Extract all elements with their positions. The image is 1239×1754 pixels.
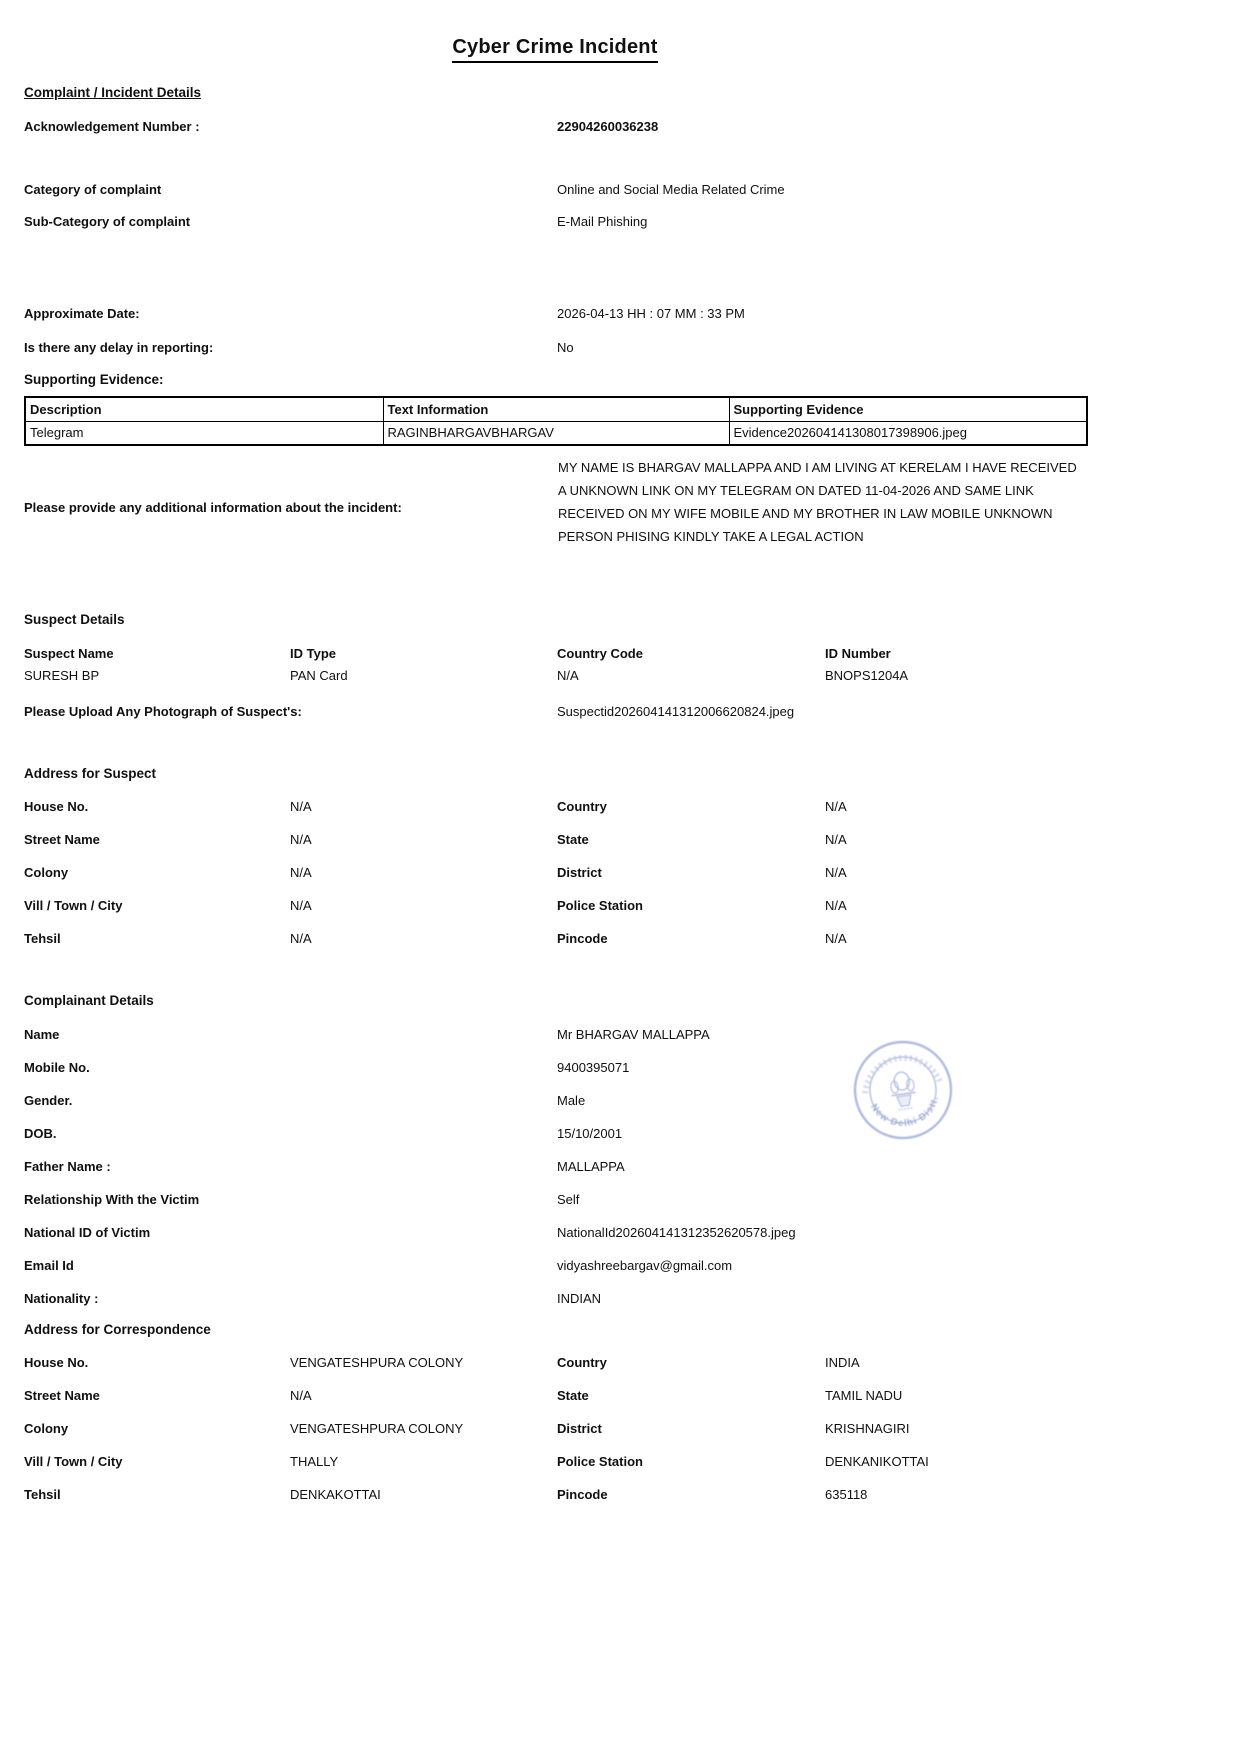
field-label: Street Name	[24, 1387, 100, 1404]
column-header-text-information: Text Information	[383, 397, 729, 421]
suspect-id-number-label: ID Number	[825, 645, 891, 662]
field-value: N/A	[290, 798, 312, 815]
field-value: INDIAN	[557, 1290, 601, 1307]
field-label: Vill / Town / City	[24, 1453, 122, 1470]
complainant-row: Name Mr BHARGAV MALLAPPA	[24, 1026, 1086, 1043]
field-label: Street Name	[24, 831, 100, 848]
subcategory-row: Sub-Category of complaint E-Mail Phishin…	[24, 213, 1086, 230]
complainant-row: Mobile No. 9400395071	[24, 1059, 1086, 1076]
section-heading-address-for-correspondence: Address for Correspondence	[24, 1321, 1086, 1338]
evidence-header-row: Description Text Information Supporting …	[25, 397, 1087, 421]
suspect-address-row: Vill / Town / City N/A Police Station N/…	[24, 897, 1086, 914]
acknowledgement-row: Acknowledgement Number : 22904260036238	[24, 118, 1086, 135]
field-label: Colony	[24, 1420, 68, 1437]
suspect-header-row: Suspect Name ID Type Country Code ID Num…	[24, 645, 1086, 662]
additional-information-label: Please provide any additional informatio…	[24, 500, 402, 515]
correspondence-address-row: Street Name N/A State TAMIL NADU	[24, 1387, 1086, 1404]
suspect-photo-row: Please Upload Any Photograph of Suspect'…	[24, 703, 1086, 720]
additional-information-value: MY NAME IS BHARGAV MALLAPPA AND I AM LIV…	[558, 456, 1082, 548]
field-value: Self	[557, 1191, 579, 1208]
field-value: N/A	[825, 864, 847, 881]
field-value: 9400395071	[557, 1059, 629, 1076]
suspect-id-number-value: BNOPS1204A	[825, 667, 908, 684]
field-value: INDIA	[825, 1354, 860, 1371]
column-header-supporting-evidence: Supporting Evidence	[729, 397, 1087, 421]
delay-reporting-row: Is there any delay in reporting: No	[24, 339, 1086, 356]
field-label: DOB.	[24, 1125, 57, 1142]
correspondence-address-row: House No. VENGATESHPURA COLONY Country I…	[24, 1354, 1086, 1371]
category-label: Category of complaint	[24, 181, 161, 198]
field-label: Tehsil	[24, 1486, 61, 1503]
field-value: N/A	[290, 930, 312, 947]
column-header-description: Description	[25, 397, 383, 421]
evidence-file-cell: Evidence202604141308017398906.jpeg	[729, 421, 1087, 445]
section-heading-suspect-details: Suspect Details	[24, 611, 1086, 628]
field-value: N/A	[825, 798, 847, 815]
field-value: MALLAPPA	[557, 1158, 625, 1175]
field-label: Tehsil	[24, 930, 61, 947]
field-label: House No.	[24, 1354, 88, 1371]
field-value: N/A	[825, 930, 847, 947]
suspect-country-code-value: N/A	[557, 667, 579, 684]
suspect-address-row: Tehsil N/A Pincode N/A	[24, 930, 1086, 947]
field-label: District	[557, 864, 602, 881]
field-value: 635118	[825, 1486, 867, 1503]
field-value: VENGATESHPURA COLONY	[290, 1420, 463, 1437]
approximate-date-value: 2026-04-13 HH : 07 MM : 33 PM	[557, 305, 745, 322]
supporting-evidence-table: Description Text Information Supporting …	[24, 396, 1088, 446]
delay-reporting-value: No	[557, 339, 574, 356]
field-label: Nationality :	[24, 1290, 98, 1307]
category-value: Online and Social Media Related Crime	[557, 181, 785, 198]
field-value: N/A	[290, 864, 312, 881]
field-label: House No.	[24, 798, 88, 815]
complainant-row: Email Id vidyashreebargav@gmail.com	[24, 1257, 1086, 1274]
suspect-country-code-label: Country Code	[557, 645, 643, 662]
field-value: KRISHNAGIRI	[825, 1420, 910, 1437]
approximate-date-label: Approximate Date:	[24, 305, 140, 322]
acknowledgement-label: Acknowledgement Number :	[24, 118, 200, 135]
correspondence-address-row: Tehsil DENKAKOTTAI Pincode 635118	[24, 1486, 1086, 1503]
field-label: Pincode	[557, 1486, 608, 1503]
field-label: National ID of Victim	[24, 1224, 150, 1241]
page-title: Cyber Crime Incident	[452, 36, 657, 63]
complainant-row: National ID of Victim NationalId20260414…	[24, 1224, 1086, 1241]
complainant-row: Relationship With the Victim Self	[24, 1191, 1086, 1208]
field-label: Police Station	[557, 897, 643, 914]
field-value: N/A	[825, 897, 847, 914]
field-value: vidyashreebargav@gmail.com	[557, 1257, 732, 1274]
suspect-address-row: Street Name N/A State N/A	[24, 831, 1086, 848]
field-label: Gender.	[24, 1092, 72, 1109]
acknowledgement-value: 22904260036238	[557, 118, 658, 135]
field-label: Country	[557, 1354, 607, 1371]
field-value: N/A	[290, 831, 312, 848]
field-value: DENKAKOTTAI	[290, 1486, 381, 1503]
section-heading-address-for-suspect: Address for Suspect	[24, 765, 1086, 782]
field-label: Email Id	[24, 1257, 74, 1274]
suspect-id-type-value: PAN Card	[290, 667, 348, 684]
title-wrap: Cyber Crime Incident	[24, 36, 1086, 62]
field-value: Mr BHARGAV MALLAPPA	[557, 1026, 710, 1043]
section-heading-supporting-evidence: Supporting Evidence:	[24, 371, 1086, 388]
field-value: THALLY	[290, 1453, 338, 1470]
evidence-text-information-cell: RAGINBHARGAVBHARGAV	[383, 421, 729, 445]
complainant-row: DOB. 15/10/2001	[24, 1125, 1086, 1142]
subcategory-label: Sub-Category of complaint	[24, 213, 190, 230]
approximate-date-row: Approximate Date: 2026-04-13 HH : 07 MM …	[24, 305, 1086, 322]
additional-information-row: Please provide any additional informatio…	[24, 456, 1086, 571]
field-value: TAMIL NADU	[825, 1387, 902, 1404]
complainant-row: Gender. Male	[24, 1092, 1086, 1109]
field-value: NationalId202604141312352620578.jpeg	[557, 1224, 796, 1241]
correspondence-address-row: Colony VENGATESHPURA COLONY District KRI…	[24, 1420, 1086, 1437]
suspect-id-type-label: ID Type	[290, 645, 336, 662]
correspondence-address-row: Vill / Town / City THALLY Police Station…	[24, 1453, 1086, 1470]
suspect-photo-label: Please Upload Any Photograph of Suspect'…	[24, 703, 302, 720]
field-value: 15/10/2001	[557, 1125, 622, 1142]
evidence-data-row: Telegram RAGINBHARGAVBHARGAV Evidence202…	[25, 421, 1087, 445]
section-heading-complainant-details: Complainant Details	[24, 992, 1086, 1009]
evidence-description-cell: Telegram	[25, 421, 383, 445]
field-label: District	[557, 1420, 602, 1437]
field-value: N/A	[290, 1387, 312, 1404]
field-label: Mobile No.	[24, 1059, 90, 1076]
suspect-address-row: Colony N/A District N/A	[24, 864, 1086, 881]
category-row: Category of complaint Online and Social …	[24, 181, 1086, 198]
field-label: Country	[557, 798, 607, 815]
field-label: State	[557, 1387, 589, 1404]
cyber-crime-incident-report: Cyber Crime Incident Complaint / Inciden…	[0, 0, 1239, 1754]
field-value: DENKANIKOTTAI	[825, 1453, 929, 1470]
suspect-photo-value: Suspectid202604141312006620824.jpeg	[557, 703, 794, 720]
field-label: Colony	[24, 864, 68, 881]
complainant-row: Father Name : MALLAPPA	[24, 1158, 1086, 1175]
suspect-values-row: SURESH BP PAN Card N/A BNOPS1204A	[24, 667, 1086, 684]
field-label: Name	[24, 1026, 59, 1043]
field-label: Pincode	[557, 930, 608, 947]
field-label: Police Station	[557, 1453, 643, 1470]
suspect-name-value: SURESH BP	[24, 667, 99, 684]
field-label: Relationship With the Victim	[24, 1191, 199, 1208]
field-value: VENGATESHPURA COLONY	[290, 1354, 463, 1371]
field-label: Father Name :	[24, 1158, 111, 1175]
field-value: N/A	[290, 897, 312, 914]
complainant-row: Nationality : INDIAN	[24, 1290, 1086, 1307]
section-heading-complaint-details: Complaint / Incident Details	[24, 84, 1086, 101]
delay-reporting-label: Is there any delay in reporting:	[24, 339, 213, 356]
suspect-address-row: House No. N/A Country N/A	[24, 798, 1086, 815]
field-label: State	[557, 831, 589, 848]
field-label: Vill / Town / City	[24, 897, 122, 914]
field-value: N/A	[825, 831, 847, 848]
subcategory-value: E-Mail Phishing	[557, 213, 647, 230]
suspect-name-label: Suspect Name	[24, 645, 114, 662]
field-value: Male	[557, 1092, 585, 1109]
